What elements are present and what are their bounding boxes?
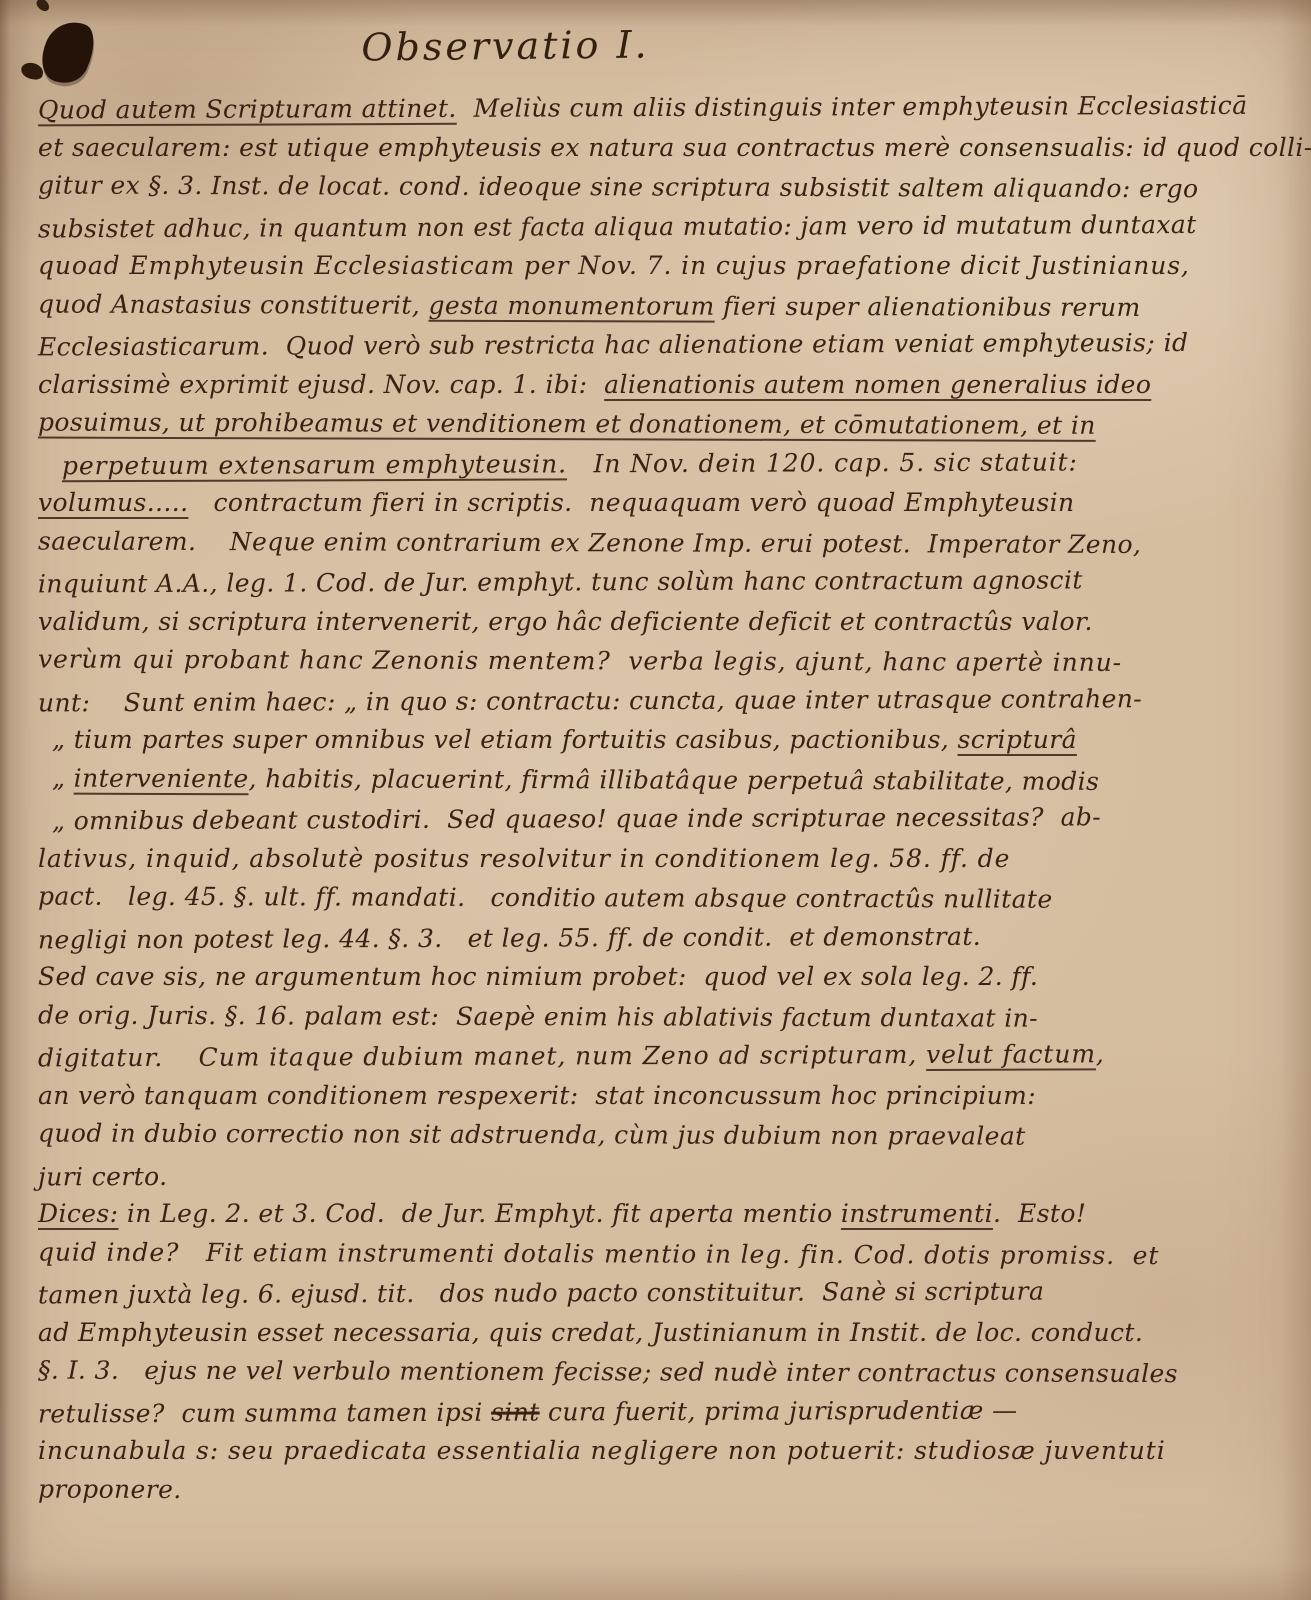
manuscript-line: quid inde? Fit etiam instrumenti dotalis…	[38, 1232, 1289, 1275]
text-segment: gitur ex §. 3. Inst. de locat. cond. ide…	[38, 171, 1199, 204]
manuscript-line: Ecclesiasticarum. Quod verò sub restrict…	[38, 323, 1289, 367]
manuscript-line: volumus..... contractum fieri in scripti…	[38, 483, 1289, 523]
underlined-text: instrumenti	[841, 1199, 993, 1228]
manuscript-line: §. I. 3. ejus ne vel verbulo mentionem f…	[38, 1351, 1289, 1394]
manuscript-line: digitatur. Cum itaque dubium manet, num …	[38, 1034, 1289, 1078]
text-segment: inquiunt A.A., leg. 1. Cod. de Jur. emph…	[38, 565, 1083, 598]
ink-speck	[34, 0, 51, 13]
manuscript-line: an verò tanquam conditionem respexerit: …	[38, 1076, 1289, 1116]
text-segment: incunabula s: seu praedicata essentialia…	[38, 1436, 1166, 1465]
text-segment: quod in dubio correctio non sit adstruen…	[38, 1119, 1026, 1151]
text-segment: an verò tanquam conditionem respexerit: …	[38, 1081, 1036, 1110]
text-segment: Ecclesiasticarum. Quod verò sub restrict…	[38, 328, 1188, 361]
manuscript-line: proponere.	[38, 1469, 1289, 1512]
manuscript-line: perpetuum extensarum emphyteusin. In Nov…	[38, 441, 1289, 485]
text-segment: Sed cave sis, ne argumentum hoc nimium p…	[38, 962, 1038, 991]
text-segment: quod Anastasius constituerit,	[38, 289, 429, 319]
text-segment: quoad Emphyteusin Ecclesiasticam per Nov…	[38, 251, 1190, 280]
manuscript-line: verùm qui probant hanc Zenonis mentem? v…	[38, 640, 1289, 683]
text-segment: clarissimè exprimit ejusd. Nov. cap. 1. …	[38, 370, 604, 399]
manuscript-line: inquiunt A.A., leg. 1. Cod. de Jur. emph…	[38, 560, 1289, 604]
manuscript-line: quoad Emphyteusin Ecclesiasticam per Nov…	[38, 246, 1289, 286]
manuscript-line: validum, si scriptura intervenerit, ergo…	[38, 602, 1289, 642]
underlined-text: velut factum	[926, 1039, 1096, 1069]
manuscript-line: Quod autem Scripturam attinet. Meliùs cu…	[38, 86, 1289, 130]
manuscript-line: tamen juxtà leg. 6. ejusd. tit. dos nudo…	[38, 1271, 1289, 1315]
manuscript-line: incunabula s: seu praedicata essentialia…	[38, 1431, 1289, 1471]
text-segment: In Nov. dein 120. cap. 5. sic statuit:	[567, 447, 1078, 478]
manuscript-line: de orig. Juris. §. 16. palam est: Saepè …	[38, 995, 1289, 1038]
text-segment: et saecularem: est utique emphyteusis ex…	[38, 133, 1311, 162]
underlined-text: gesta monumentorum	[428, 290, 714, 320]
text-segment: tamen juxtà leg. 6. ejusd. tit. dos nudo…	[38, 1277, 1044, 1310]
manuscript-line: pact. leg. 45. §. ult. ff. mandati. cond…	[38, 877, 1289, 920]
underlined-text: Dices:	[38, 1199, 119, 1228]
text-segment: juri certo.	[38, 1161, 168, 1190]
manuscript-line: clarissimè exprimit ejusd. Nov. cap. 1. …	[38, 365, 1289, 405]
manuscript-line: quod Anastasius constituerit, gesta monu…	[38, 284, 1289, 327]
text-segment: retulisse? cum summa tamen ipsi	[38, 1397, 491, 1428]
text-segment: „ tium partes super omnibus vel etiam fo…	[52, 725, 958, 754]
text-segment: „	[52, 763, 74, 792]
manuscript-line: et saecularem: est utique emphyteusis ex…	[38, 128, 1289, 168]
manuscript-line: subsistet adhuc, in quantum non est fact…	[38, 204, 1289, 248]
text-segment: fieri super alienationibus rerum	[715, 291, 1141, 321]
text-segment: de orig. Juris. §. 16. palam est: Saepè …	[38, 1000, 1038, 1032]
manuscript-line: lativus, inquid, absolutè positus resolv…	[38, 839, 1289, 879]
manuscript-line: „ tium partes super omnibus vel etiam fo…	[38, 720, 1289, 760]
struck-text: sint	[491, 1397, 540, 1426]
manuscript-line: „ omnibus debeant custodiri. Sed quaeso!…	[38, 797, 1289, 841]
underlined-text: posuimus, ut prohibeamus et venditionem …	[38, 408, 1096, 440]
text-segment: Meliùs cum aliis distinguis inter emphyt…	[457, 91, 1248, 123]
manuscript-line: ad Emphyteusin esset necessaria, quis cr…	[38, 1313, 1289, 1353]
underlined-text: perpetuum extensarum emphyteusin.	[62, 449, 567, 480]
text-segment: negligi non potest leg. 44. §. 3. et leg…	[38, 921, 981, 954]
manuscript-line: unt: Sunt enim haec: „ in quo s: contrac…	[38, 678, 1289, 722]
text-segment: lativus, inquid, absolutè positus resolv…	[38, 844, 1010, 873]
text-segment: ad Emphyteusin esset necessaria, quis cr…	[38, 1318, 1143, 1347]
text-segment: . Esto!	[993, 1199, 1086, 1228]
manuscript-line: saecularem. Neque enim contrarium ex Zen…	[38, 521, 1289, 564]
text-segment: subsistet adhuc, in quantum non est fact…	[38, 209, 1197, 242]
text-segment: contractum fieri in scriptis. nequaquam …	[188, 488, 1074, 517]
text-segment: cura fuerit, prima jurisprudentiæ —	[540, 1395, 1018, 1426]
manuscript-line: Dices: in Leg. 2. et 3. Cod. de Jur. Emp…	[38, 1194, 1289, 1234]
manuscript-line: „ interveniente, habitis, placuerint, fi…	[38, 758, 1289, 801]
manuscript-line: quod in dubio correctio non sit adstruen…	[38, 1114, 1289, 1157]
underlined-text: alienationis autem nomen generalius ideo	[604, 370, 1151, 399]
manuscript-line: negligi non potest leg. 44. §. 3. et leg…	[38, 915, 1289, 959]
manuscript-line: juri certo.	[38, 1152, 1289, 1196]
text-segment: unt: Sunt enim haec: „ in quo s: contrac…	[38, 684, 1142, 717]
text-segment: „ omnibus debeant custodiri. Sed quaeso!…	[52, 802, 1101, 835]
text-segment: verùm qui probant hanc Zenonis mentem? v…	[38, 645, 1122, 677]
manuscript-line: Sed cave sis, ne argumentum hoc nimium p…	[38, 957, 1289, 997]
underlined-text: interveniente	[74, 763, 249, 793]
text-segment: saecularem. Neque enim contrarium ex Zen…	[38, 526, 1141, 558]
text-segment: , habitis, placuerint, firmâ illibatâque…	[249, 764, 1100, 796]
manuscript-text: Quod autem Scripturam attinet. Meliùs cu…	[38, 88, 1289, 1510]
manuscript-line: posuimus, ut prohibeamus et venditionem …	[38, 403, 1289, 446]
underlined-text: scripturâ	[958, 725, 1077, 754]
underlined-text: volumus.....	[38, 488, 188, 517]
text-segment: quid inde? Fit etiam instrumenti dotalis…	[38, 1237, 1159, 1270]
text-segment: in Leg. 2. et 3. Cod. de Jur. Emphyt. fi…	[119, 1199, 841, 1228]
text-segment: pact. leg. 45. §. ult. ff. mandati. cond…	[38, 882, 1053, 914]
text-segment: validum, si scriptura intervenerit, ergo…	[38, 607, 1093, 636]
page-title: Observatio I.	[0, 17, 1161, 75]
manuscript-page: Observatio I. Quod autem Scripturam atti…	[0, 0, 1311, 1600]
manuscript-line: retulisse? cum summa tamen ipsi sint cur…	[38, 1389, 1289, 1433]
manuscript-line: gitur ex §. 3. Inst. de locat. cond. ide…	[38, 166, 1289, 209]
text-segment: ,	[1096, 1039, 1105, 1068]
text-segment: proponere.	[38, 1474, 182, 1503]
text-segment: §. I. 3. ejus ne vel verbulo mentionem f…	[38, 1356, 1178, 1389]
text-segment: digitatur. Cum itaque dubium manet, num …	[38, 1040, 926, 1072]
underlined-text: Quod autem Scripturam attinet.	[38, 94, 457, 125]
